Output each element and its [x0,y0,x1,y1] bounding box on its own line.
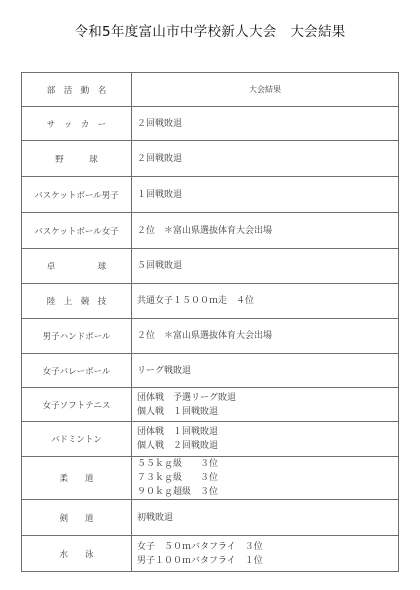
result-line: ２回戦敗退 [137,117,398,131]
club-result: リーグ戦敗退 [132,354,399,388]
club-result: 団体戦 １回戦敗退個人戦 ２回戦敗退 [132,422,399,457]
club-result: １回戦敗退 [132,177,399,213]
result-line: 女子 ５０ｍバタフライ ３位 [137,540,398,554]
club-name: 男子ハンドボール [22,319,132,354]
table-row: 水 泳女子 ５０ｍバタフライ ３位男子１００ｍバタフライ １位 [22,536,399,572]
club-name: 卓 球 [22,249,132,284]
result-line: ５回戦敗退 [137,259,398,273]
table-row: バスケットボール男子１回戦敗退 [22,177,399,213]
result-line: リーグ戦敗退 [137,364,398,378]
document-title: 令和5年度富山市中学校新人大会 大会結果 [0,20,420,40]
table-row: サ ッ カ ー２回戦敗退 [22,107,399,141]
table-header-row: 部 活 動 名 大会結果 [22,73,399,107]
club-result: ２位 ＊富山県選抜体育大会出場 [132,213,399,249]
club-result: 共通女子１５００ｍ走 ４位 [132,284,399,319]
club-name: 野 球 [22,141,132,177]
table-row: バドミントン団体戦 １回戦敗退個人戦 ２回戦敗退 [22,422,399,457]
club-result: ５回戦敗退 [132,249,399,284]
club-name: バドミントン [22,422,132,457]
result-line: ５５ｋｇ級 ３位 [137,457,398,471]
table-row: 野 球２回戦敗退 [22,141,399,177]
club-result: ２回戦敗退 [132,107,399,141]
result-line: 共通女子１５００ｍ走 ４位 [137,294,398,308]
result-line: ９０ｋｇ超級 ３位 [137,485,398,499]
club-name: 柔 道 [22,457,132,500]
club-result: ２回戦敗退 [132,141,399,177]
club-result: ２位 ＊富山県選抜体育大会出場 [132,319,399,354]
club-name: サ ッ カ ー [22,107,132,141]
table-row: 女子バレーボールリーグ戦敗退 [22,354,399,388]
table-row: 卓 球５回戦敗退 [22,249,399,284]
header-club: 部 活 動 名 [22,73,132,107]
result-line: ２回戦敗退 [137,152,398,166]
club-result: 女子 ５０ｍバタフライ ３位男子１００ｍバタフライ １位 [132,536,399,572]
table-row: 剣 道初戦敗退 [22,500,399,536]
result-line: 個人戦 ２回戦敗退 [137,439,398,453]
results-table: 部 活 動 名 大会結果 サ ッ カ ー２回戦敗退野 球２回戦敗退バスケットボー… [21,72,399,572]
club-result: 団体戦 予選リーグ敗退個人戦 １回戦敗退 [132,388,399,422]
club-name: 女子バレーボール [22,354,132,388]
table-row: バスケットボール女子２位 ＊富山県選抜体育大会出場 [22,213,399,249]
result-line: 男子１００ｍバタフライ １位 [137,554,398,568]
club-result: ５５ｋｇ級 ３位７３ｋｇ級 ３位９０ｋｇ超級 ３位 [132,457,399,500]
club-name: 陸 上 競 技 [22,284,132,319]
table-row: 女子ソフトテニス団体戦 予選リーグ敗退個人戦 １回戦敗退 [22,388,399,422]
result-line: １回戦敗退 [137,188,398,202]
table-row: 男子ハンドボール２位 ＊富山県選抜体育大会出場 [22,319,399,354]
club-result: 初戦敗退 [132,500,399,536]
result-line: 団体戦 予選リーグ敗退 [137,391,398,405]
result-line: 個人戦 １回戦敗退 [137,405,398,419]
club-name: バスケットボール女子 [22,213,132,249]
club-name: 水 泳 [22,536,132,572]
club-name: 女子ソフトテニス [22,388,132,422]
result-line: 初戦敗退 [137,511,398,525]
result-line: ２位 ＊富山県選抜体育大会出場 [137,224,398,238]
result-line: ７３ｋｇ級 ３位 [137,471,398,485]
result-line: 団体戦 １回戦敗退 [137,425,398,439]
club-name: バスケットボール男子 [22,177,132,213]
result-line: ２位 ＊富山県選抜体育大会出場 [137,329,398,343]
table-row: 陸 上 競 技共通女子１５００ｍ走 ４位 [22,284,399,319]
club-name: 剣 道 [22,500,132,536]
table-row: 柔 道５５ｋｇ級 ３位７３ｋｇ級 ３位９０ｋｇ超級 ３位 [22,457,399,500]
header-results: 大会結果 [132,73,399,107]
